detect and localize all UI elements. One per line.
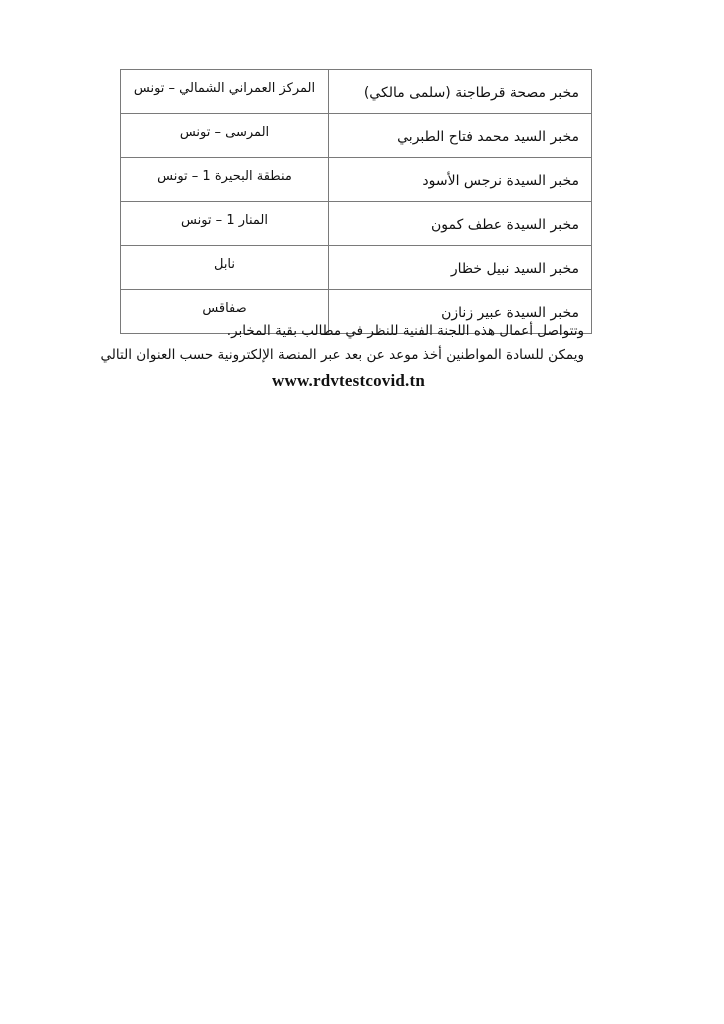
lab-location-cell: المركز العمراني الشمالي – تونس	[121, 70, 329, 114]
table-row: مخبر السيد محمد فتاح الطبربي المرسى – تو…	[121, 114, 592, 158]
lab-location-cell: المرسى – تونس	[121, 114, 329, 158]
lab-location-cell: منطقة البحيرة 1 – تونس	[121, 158, 329, 202]
lab-location-cell: نابل	[121, 246, 329, 290]
labs-table: مخبر مصحة قرطاجنة (سلمى مالكي) المركز ال…	[120, 69, 592, 334]
lab-name-cell: مخبر السيد نبيل خظار	[329, 246, 592, 290]
table-row: مخبر السيدة نرجس الأسود منطقة البحيرة 1 …	[121, 158, 592, 202]
document-page: مخبر مصحة قرطاجنة (سلمى مالكي) المركز ال…	[0, 0, 724, 1024]
lab-name-cell: مخبر مصحة قرطاجنة (سلمى مالكي)	[329, 70, 592, 114]
table-row: مخبر السيدة عطف كمون المنار 1 – تونس	[121, 202, 592, 246]
appointment-website-link[interactable]: www.rdvtestcovid.tn	[272, 371, 425, 391]
appointment-info-paragraph: ويمكن للسادة المواطنين أخذ موعد عن بعد ع…	[101, 347, 584, 363]
lab-name-cell: مخبر السيد محمد فتاح الطبربي	[329, 114, 592, 158]
lab-name-cell: مخبر السيدة عطف كمون	[329, 202, 592, 246]
table-row: مخبر السيد نبيل خظار نابل	[121, 246, 592, 290]
table-row: مخبر مصحة قرطاجنة (سلمى مالكي) المركز ال…	[121, 70, 592, 114]
lab-location-cell: المنار 1 – تونس	[121, 202, 329, 246]
lab-name-cell: مخبر السيدة نرجس الأسود	[329, 158, 592, 202]
committee-continues-paragraph: وتتواصل أعمال هذه اللجنة الفنية للنظر في…	[227, 323, 584, 339]
